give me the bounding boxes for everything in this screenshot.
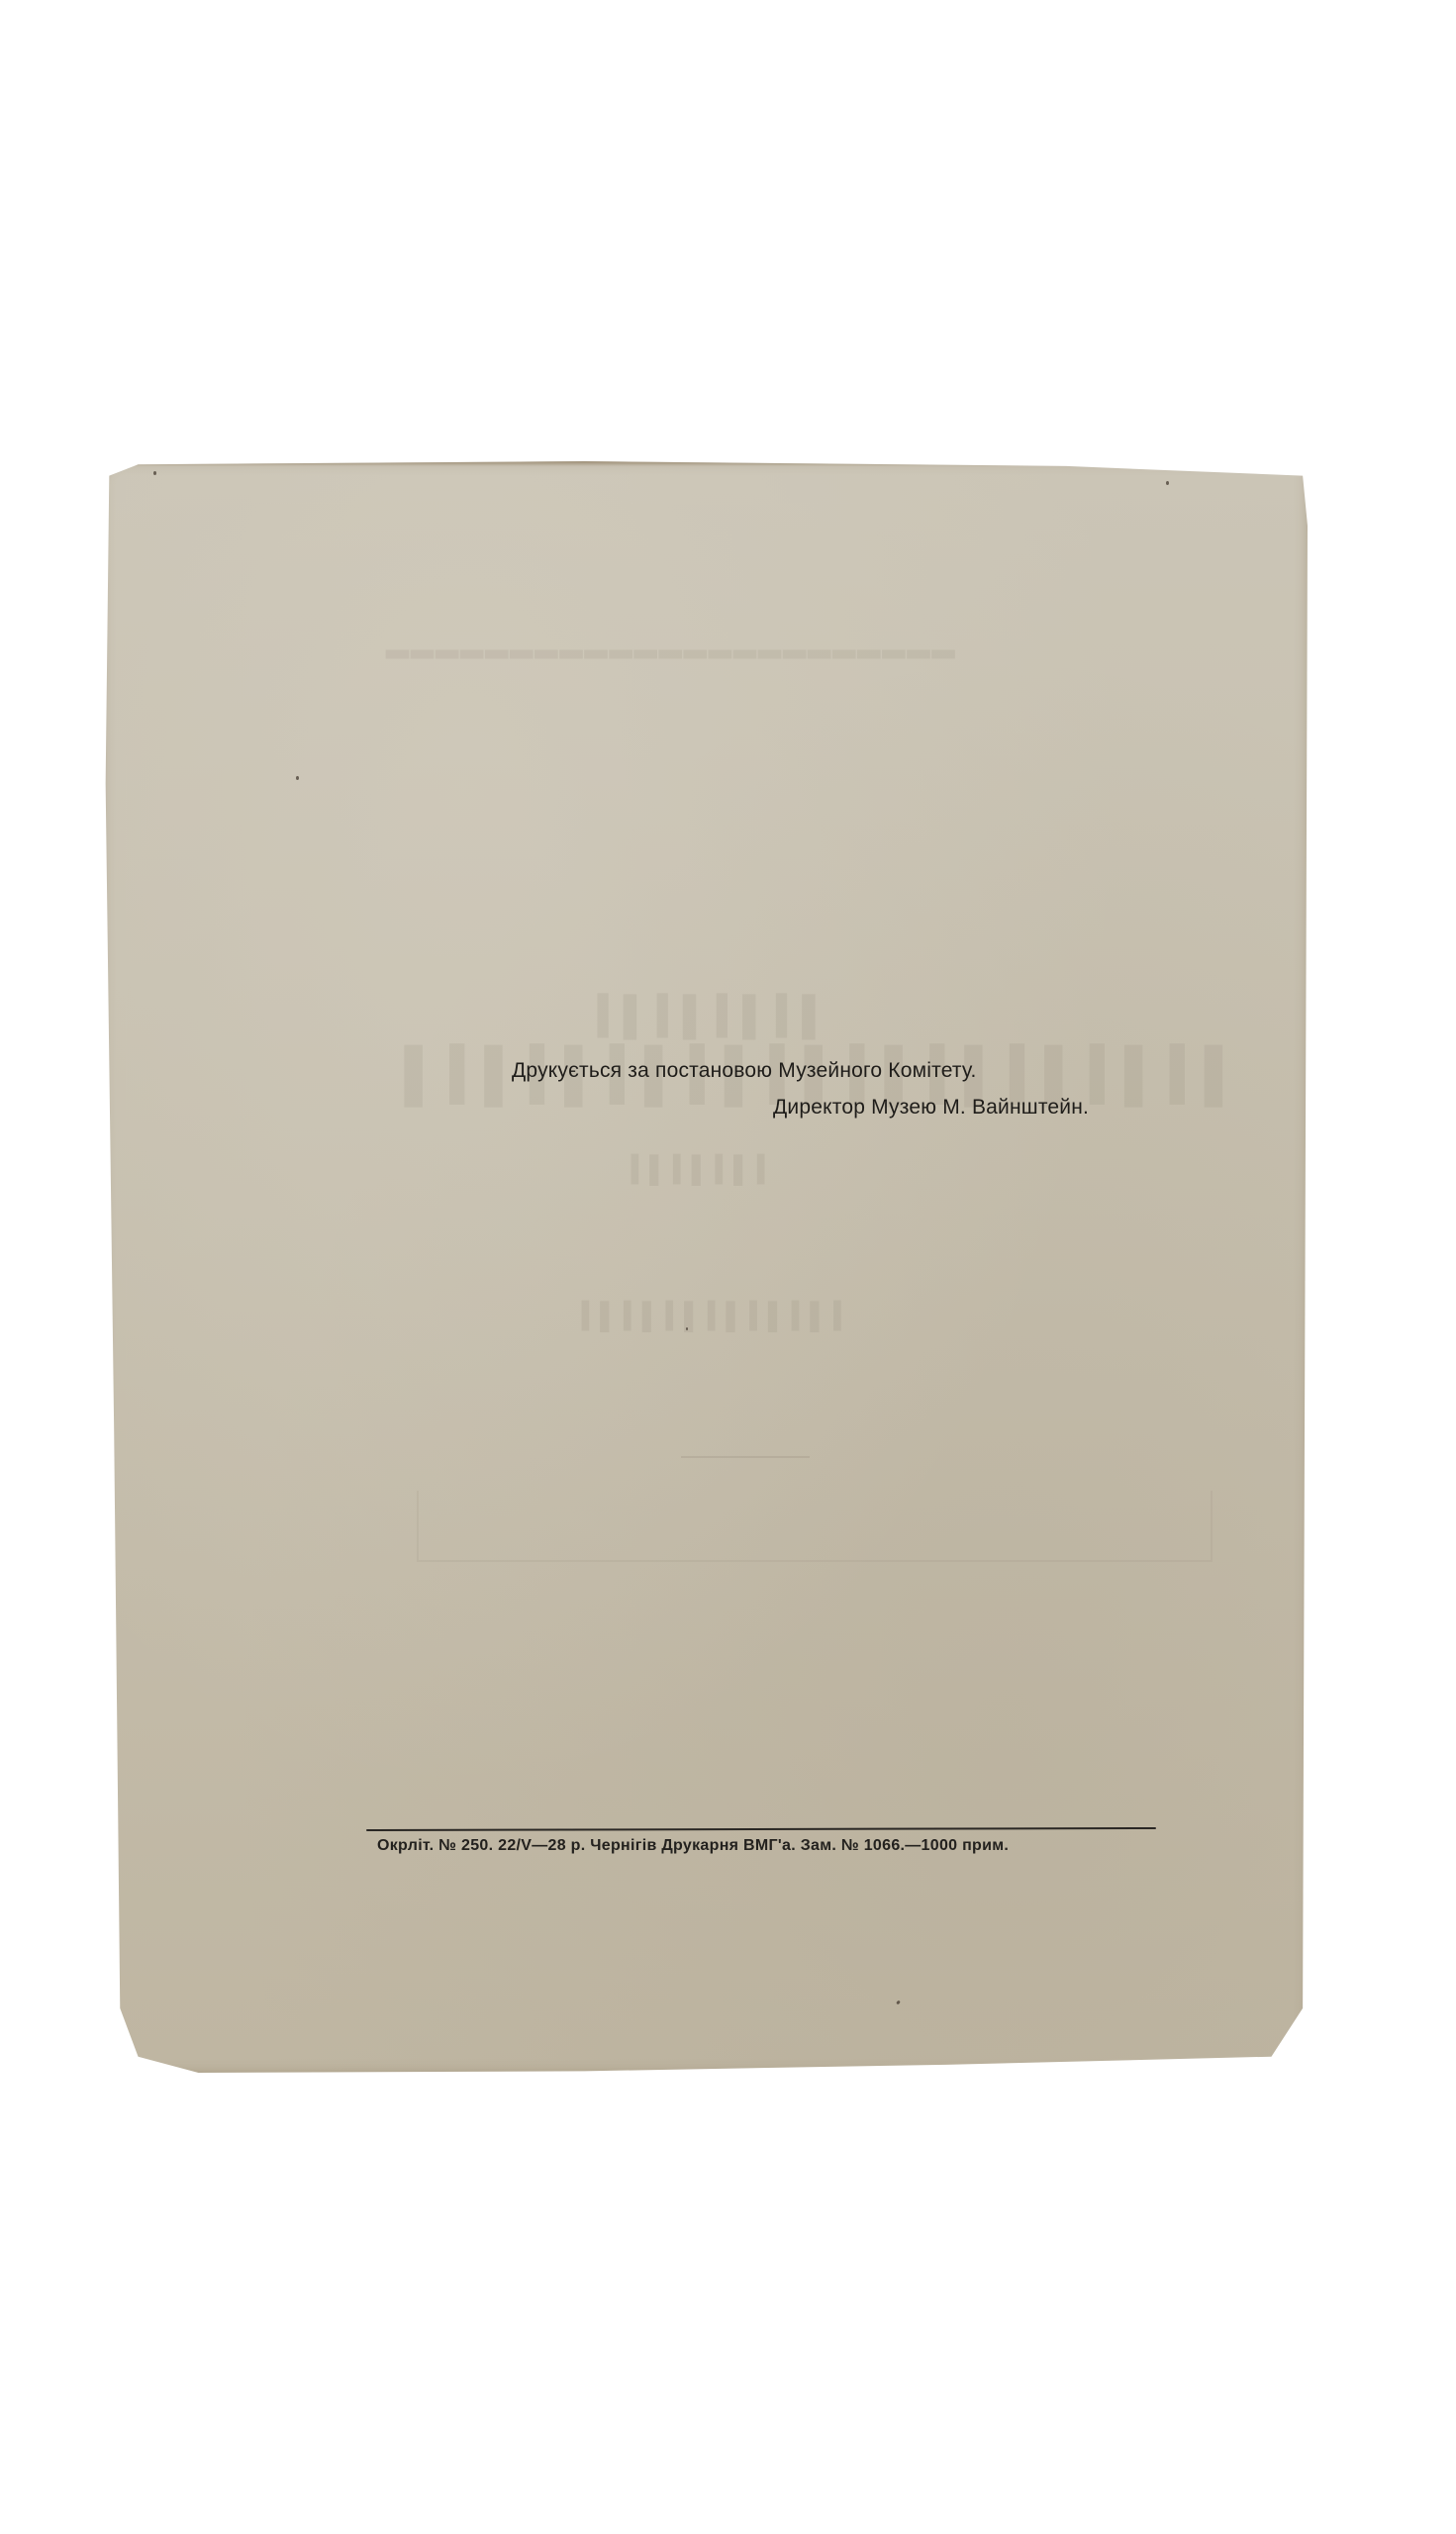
- paper-edge-shading: [102, 461, 1308, 466]
- bleed-through-rule: [681, 1456, 810, 1458]
- paper-sheet: ▂▂▂▂▂▂▂▂▂▂▂▂▂▂▂▂▂▂▂▂▂▂▂ ▌▍▌▍▌▍▌▍ ▌▍▌▍▌▍▌…: [102, 461, 1308, 2073]
- bleed-through-text: ▌▍▌▍▌▍▌▍: [577, 994, 816, 1038]
- director-signature-line: Директор Музею М. Вайнштейн.: [773, 1097, 1089, 1118]
- paper-speck: [153, 471, 156, 475]
- bleed-through-text: ▍▌▍▌▍▌▍▌▍▌▍▌▍: [567, 1301, 841, 1331]
- paper-speck: [1166, 481, 1169, 485]
- colophon-rule: [366, 1827, 1156, 1831]
- printing-colophon: Окрліт. № 250. 22/V—28 р. Чернігів Друка…: [377, 1837, 1009, 1855]
- paper-speck: [296, 776, 299, 780]
- bleed-through-text: ▍▌▍▌▍▌▍: [617, 1154, 764, 1185]
- paper-speck: [686, 1327, 688, 1330]
- bleed-through-text: ▂▂▂▂▂▂▂▂▂▂▂▂▂▂▂▂▂▂▂▂▂▂▂: [384, 625, 955, 659]
- paper-speck: [896, 2000, 901, 2005]
- imprimatur-line: Друкується за постановою Музейного Коміт…: [512, 1060, 977, 1081]
- bleed-through-frame: [417, 1491, 1213, 1562]
